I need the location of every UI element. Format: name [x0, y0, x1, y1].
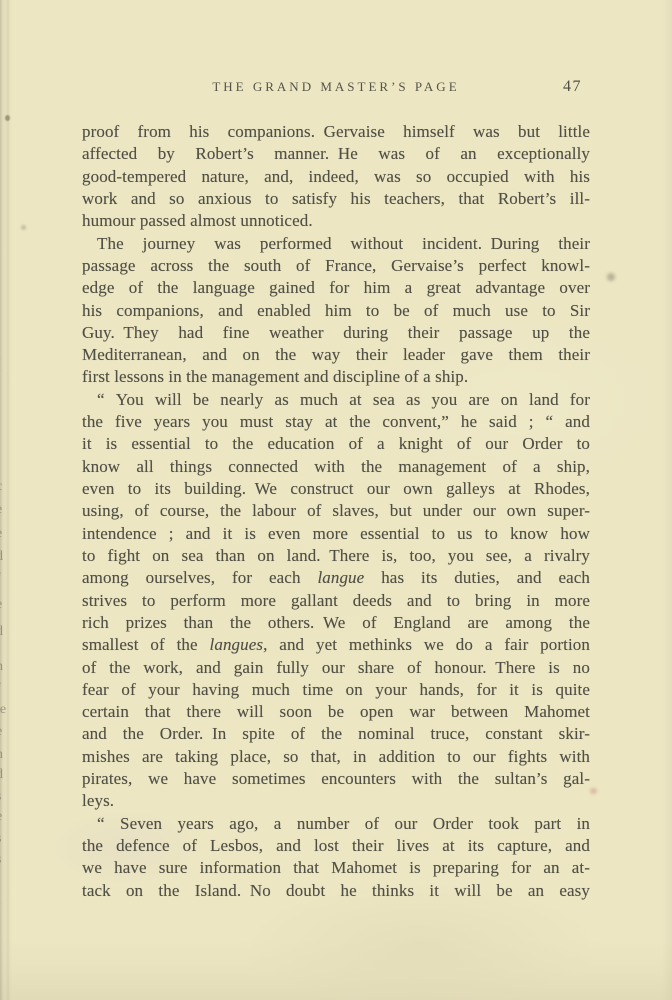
text-line: humour passed almost unnoticed.: [82, 210, 590, 232]
text-line: intendence ; and it is even more essenti…: [82, 523, 590, 545]
running-header: THE GRAND MASTER’S PAGE 47: [82, 78, 590, 98]
text-line: pirates, we have sometimes encounters wi…: [82, 768, 590, 790]
text-line: the defence of Lesbos, and lost their li…: [82, 835, 590, 857]
text-line: strives to perform more gallant deeds an…: [82, 590, 590, 612]
text-line: and the Order. In spite of the nominal t…: [82, 723, 590, 745]
page-bleed-mark: (: [0, 358, 1, 372]
header-title: THE GRAND MASTER’S PAGE: [82, 78, 590, 96]
text-line: good-tempered nature, and, indeed, was s…: [82, 166, 590, 188]
page-number: 47: [563, 78, 582, 96]
page-bleed-mark: s: [0, 832, 1, 846]
book-page-scan: THE GRAND MASTER’S PAGE 47 proof from hi…: [0, 0, 672, 1000]
text-line: “ Seven years ago, a number of our Order…: [82, 813, 590, 835]
page-bleed-mark: d: [0, 625, 3, 639]
text-line: work and so anxious to satisfy his teach…: [82, 188, 590, 210]
text-line: fear of your having much time on your ha…: [82, 679, 590, 701]
text-line: the five years you must stay at the conv…: [82, 411, 590, 433]
text-line: using, of course, the labour of slaves, …: [82, 500, 590, 522]
text-line: smallest of the langues, and yet methink…: [82, 634, 590, 656]
text-line: affected by Robert’s manner. He was of a…: [82, 143, 590, 165]
text-line: of the work, and gain fully our share of…: [82, 657, 590, 679]
text-line: passage across the south of France, Gerv…: [82, 255, 590, 277]
text-line: his companions, and enabled him to be of…: [82, 300, 590, 322]
text-line: Guy. They had fine weather during their …: [82, 322, 590, 344]
text-line: mishes are taking place, so that, in add…: [82, 746, 590, 768]
text-line: tack on the Island. No doubt he thinks i…: [82, 880, 590, 902]
text-line: know all things connected with the manag…: [82, 456, 590, 478]
text-line: among ourselves, for each langue has its…: [82, 567, 590, 589]
text-line: first lessons in the management and disc…: [82, 366, 590, 388]
text-line: edge of the language gained for him a gr…: [82, 277, 590, 299]
page-bleed-mark: -: [0, 897, 1, 911]
page-bleed-mark: f: [0, 682, 1, 696]
text-line: leys.: [82, 790, 590, 812]
page-bleed-mark: e: [0, 598, 2, 612]
dust-speck: [21, 225, 26, 230]
text-line: certain that there will soon be open war…: [82, 701, 590, 723]
page-bleed-mark: d: [0, 550, 3, 564]
dust-speck: [5, 115, 10, 121]
page-bleed-mark: e: [0, 527, 2, 541]
text-line: “ You will be nearly as much at sea as y…: [82, 389, 590, 411]
text-line: rich prizes than the others. We of Engla…: [82, 612, 590, 634]
page-bleed-mark: s: [0, 853, 1, 867]
page-bleed-mark: n: [0, 748, 3, 762]
dust-speck: [607, 273, 615, 281]
text-line: proof from his companions. Gervaise hims…: [82, 121, 590, 143]
page-bleed-mark: e: [0, 503, 2, 517]
text-line: even to its building. We construct our o…: [82, 478, 590, 500]
text-line: to fight on sea than on land. There is, …: [82, 545, 590, 567]
page-bleed-mark: e: [0, 810, 2, 824]
text-line: we have sure information that Mahomet is…: [82, 857, 590, 879]
text-line: Mediterranean, and on the way their lead…: [82, 344, 590, 366]
text-line: The journey was performed without incide…: [82, 233, 590, 255]
page-bleed-mark: le: [0, 703, 6, 717]
page-bleed-mark: f: [0, 572, 1, 586]
page-bleed-mark: s: [0, 790, 1, 804]
page-bleed-mark: c: [0, 480, 2, 494]
page-bleed-mark: e: [0, 725, 2, 739]
dust-speck: [590, 788, 597, 794]
text-line: it is essential to the education of a kn…: [82, 433, 590, 455]
page-bleed-mark: h: [0, 660, 3, 674]
page-bleed-mark: d: [0, 768, 3, 782]
text-block: proof from his companions. Gervaise hims…: [82, 121, 590, 902]
